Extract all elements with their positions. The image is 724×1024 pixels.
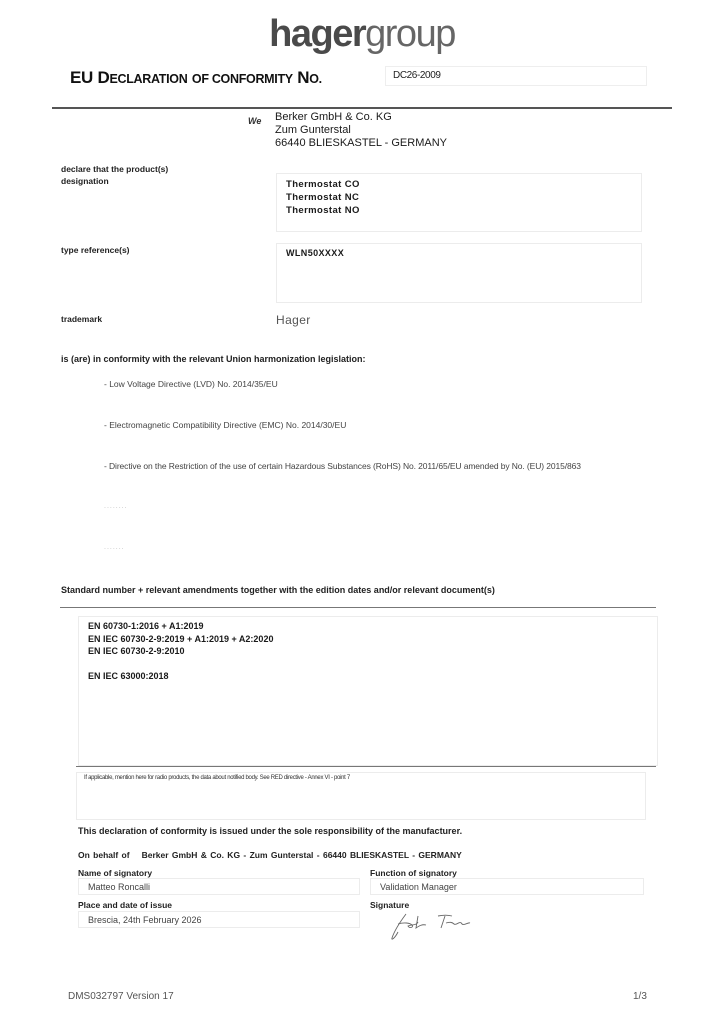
- title-part: OF CONFORMITY: [192, 72, 293, 86]
- type-reference-label: type reference(s): [61, 244, 130, 256]
- place-date-label: Place and date of issue: [78, 900, 172, 910]
- standards-divider: [60, 607, 656, 608]
- type-reference-field[interactable]: WLN50XXXX: [276, 243, 642, 303]
- radio-note: If applicable, mention here for radio pr…: [84, 775, 350, 781]
- address-line: Zum Gunterstal: [275, 124, 447, 137]
- designation-item: Thermostat CO: [286, 178, 641, 191]
- on-behalf-value: Berker GmbH & Co. KG - Zum Gunterstal - …: [142, 850, 462, 860]
- we-label: We: [248, 116, 261, 126]
- logo-light: group: [365, 13, 455, 55]
- directive-rohs: - Directive on the Restriction of the us…: [104, 461, 581, 471]
- directive-placeholder: .......: [104, 544, 125, 551]
- header-divider: [52, 107, 672, 109]
- manufacturer-address: Berker GmbH & Co. KG Zum Gunterstal 6644…: [275, 111, 447, 150]
- standards-heading: Standard number + relevant amendments to…: [61, 585, 495, 595]
- address-line: 66440 BLIESKASTEL - GERMANY: [275, 137, 447, 150]
- title-part: ECLARATION: [109, 72, 187, 86]
- page-title: EU DECLARATION OF CONFORMITY NO.: [70, 68, 322, 88]
- designation-item: Thermostat NC: [286, 191, 641, 204]
- directive-emc: - Electromagnetic Compatibility Directiv…: [104, 420, 346, 430]
- address-line: Berker GmbH & Co. KG: [275, 111, 447, 124]
- conformity-heading: is (are) in conformity with the relevant…: [61, 354, 366, 364]
- responsibility-statement: This declaration of conformity is issued…: [78, 826, 462, 836]
- document-id: DMS032797 Version 17: [68, 991, 174, 1002]
- logo-bold: hager: [269, 13, 365, 55]
- trademark-value: Hager: [276, 313, 311, 327]
- doc-number: DC26-2009: [393, 70, 441, 81]
- directive-placeholder: ........: [104, 503, 128, 510]
- label-line: declare that the product(s): [61, 163, 168, 175]
- page-number: 1/3: [633, 991, 647, 1002]
- standard-item: EN IEC 60730-2-9:2010: [88, 645, 657, 658]
- title-part: O.: [309, 72, 322, 86]
- standards-bottom-divider: [76, 766, 656, 767]
- signatory-name-label: Name of signatory: [78, 868, 152, 878]
- on-behalf-of: On behalf ofBerker GmbH & Co. KG - Zum G…: [78, 850, 462, 860]
- standard-item: EN IEC 60730-2-9:2019 + A1:2019 + A2:202…: [88, 633, 657, 646]
- trademark-label: trademark: [61, 313, 102, 325]
- signatory-function-field[interactable]: Validation Manager: [370, 878, 644, 895]
- label-line: designation: [61, 175, 168, 187]
- signatory-name-field[interactable]: Matteo Roncalli: [78, 878, 360, 895]
- handwritten-signature-icon: [388, 908, 478, 942]
- standard-item: EN IEC 63000:2018: [88, 670, 657, 683]
- place-date-field[interactable]: Brescia, 24th February 2026: [78, 911, 360, 928]
- standards-field[interactable]: EN 60730-1:2016 + A1:2019 EN IEC 60730-2…: [78, 616, 658, 766]
- designation-item: Thermostat NO: [286, 204, 641, 217]
- title-part: D: [97, 68, 109, 87]
- title-part: EU: [70, 68, 97, 87]
- product-designation-field[interactable]: Thermostat CO Thermostat NC Thermostat N…: [276, 173, 642, 232]
- on-behalf-label: On behalf of: [78, 850, 130, 860]
- directive-lvd: - Low Voltage Directive (LVD) No. 2014/3…: [104, 379, 278, 389]
- title-part: N: [293, 68, 309, 87]
- hagergroup-logo: hagergroup: [0, 12, 724, 56]
- standard-item: EN 60730-1:2016 + A1:2019: [88, 620, 657, 633]
- standard-item: [88, 658, 657, 671]
- product-designation-label: declare that the product(s) designation: [61, 163, 168, 187]
- signatory-function-label: Function of signatory: [370, 868, 457, 878]
- type-reference-value: WLN50XXXX: [277, 244, 641, 260]
